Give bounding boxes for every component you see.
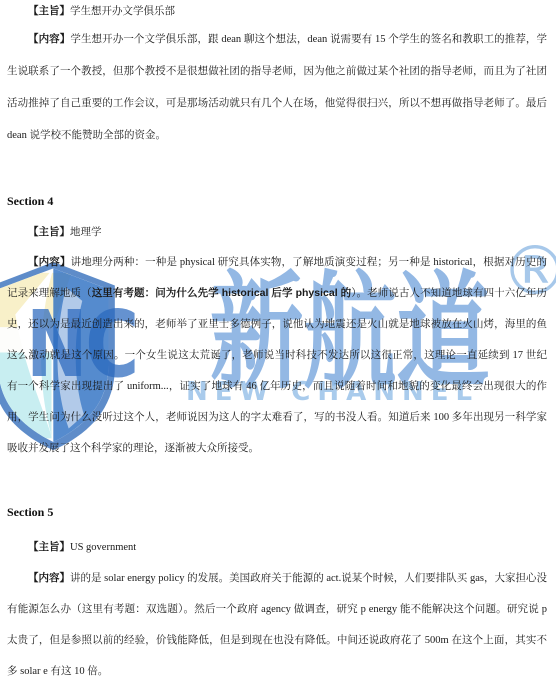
main-idea-text: 地理学 — [70, 227, 102, 238]
section5-heading: Section 5 — [7, 502, 53, 522]
section4-main-idea-line: 【主旨】地理学 — [7, 217, 547, 248]
content-text: ）。老师说古人不知道地球有四十六亿年历史，还以为是最近创造出来的，老师举了亚里士… — [7, 288, 547, 454]
content-text: 讲的是 solar energy policy 的发展。美国政府关于能源的 ac… — [7, 573, 547, 677]
document-page: NC 新航道 ® NEW CHANNEL 【主旨】学生想开办文学俱乐部 【内容】… — [0, 0, 556, 689]
section5-content-paragraph: 【内容】讲的是 solar energy policy 的发展。美国政府关于能源… — [7, 563, 547, 687]
content-label: 【内容】 — [28, 256, 71, 268]
main-idea-text: US government — [70, 542, 136, 553]
notes-content: 【主旨】学生想开办文学俱乐部 【内容】学生想开办一个文学俱乐部，跟 dean 聊… — [0, 0, 556, 689]
exam-tip-bold-run: 这里有考题：问为什么先学 historical 后学 physical 的 — [92, 287, 352, 299]
main-idea-label: 【主旨】 — [28, 541, 70, 553]
section5-main-idea-line: 【主旨】US government — [7, 532, 547, 563]
main-idea-label: 【主旨】 — [28, 5, 70, 17]
content-text: 学生想开办一个文学俱乐部，跟 dean 聊这个想法，dean 说需要有 15 个… — [7, 34, 547, 141]
section4-content-paragraph: 【内容】讲地理分两种：一种是 physical 研究具体实物，了解地质演变过程；… — [7, 247, 547, 464]
main-idea-text: 学生想开办文学俱乐部 — [70, 6, 175, 17]
content-label: 【内容】 — [28, 33, 70, 45]
section4-heading: Section 4 — [7, 191, 53, 211]
main-idea-label: 【主旨】 — [28, 226, 70, 238]
section3-content-paragraph: 【内容】学生想开办一个文学俱乐部，跟 dean 聊这个想法，dean 说需要有 … — [7, 23, 547, 152]
content-label: 【内容】 — [28, 572, 70, 584]
